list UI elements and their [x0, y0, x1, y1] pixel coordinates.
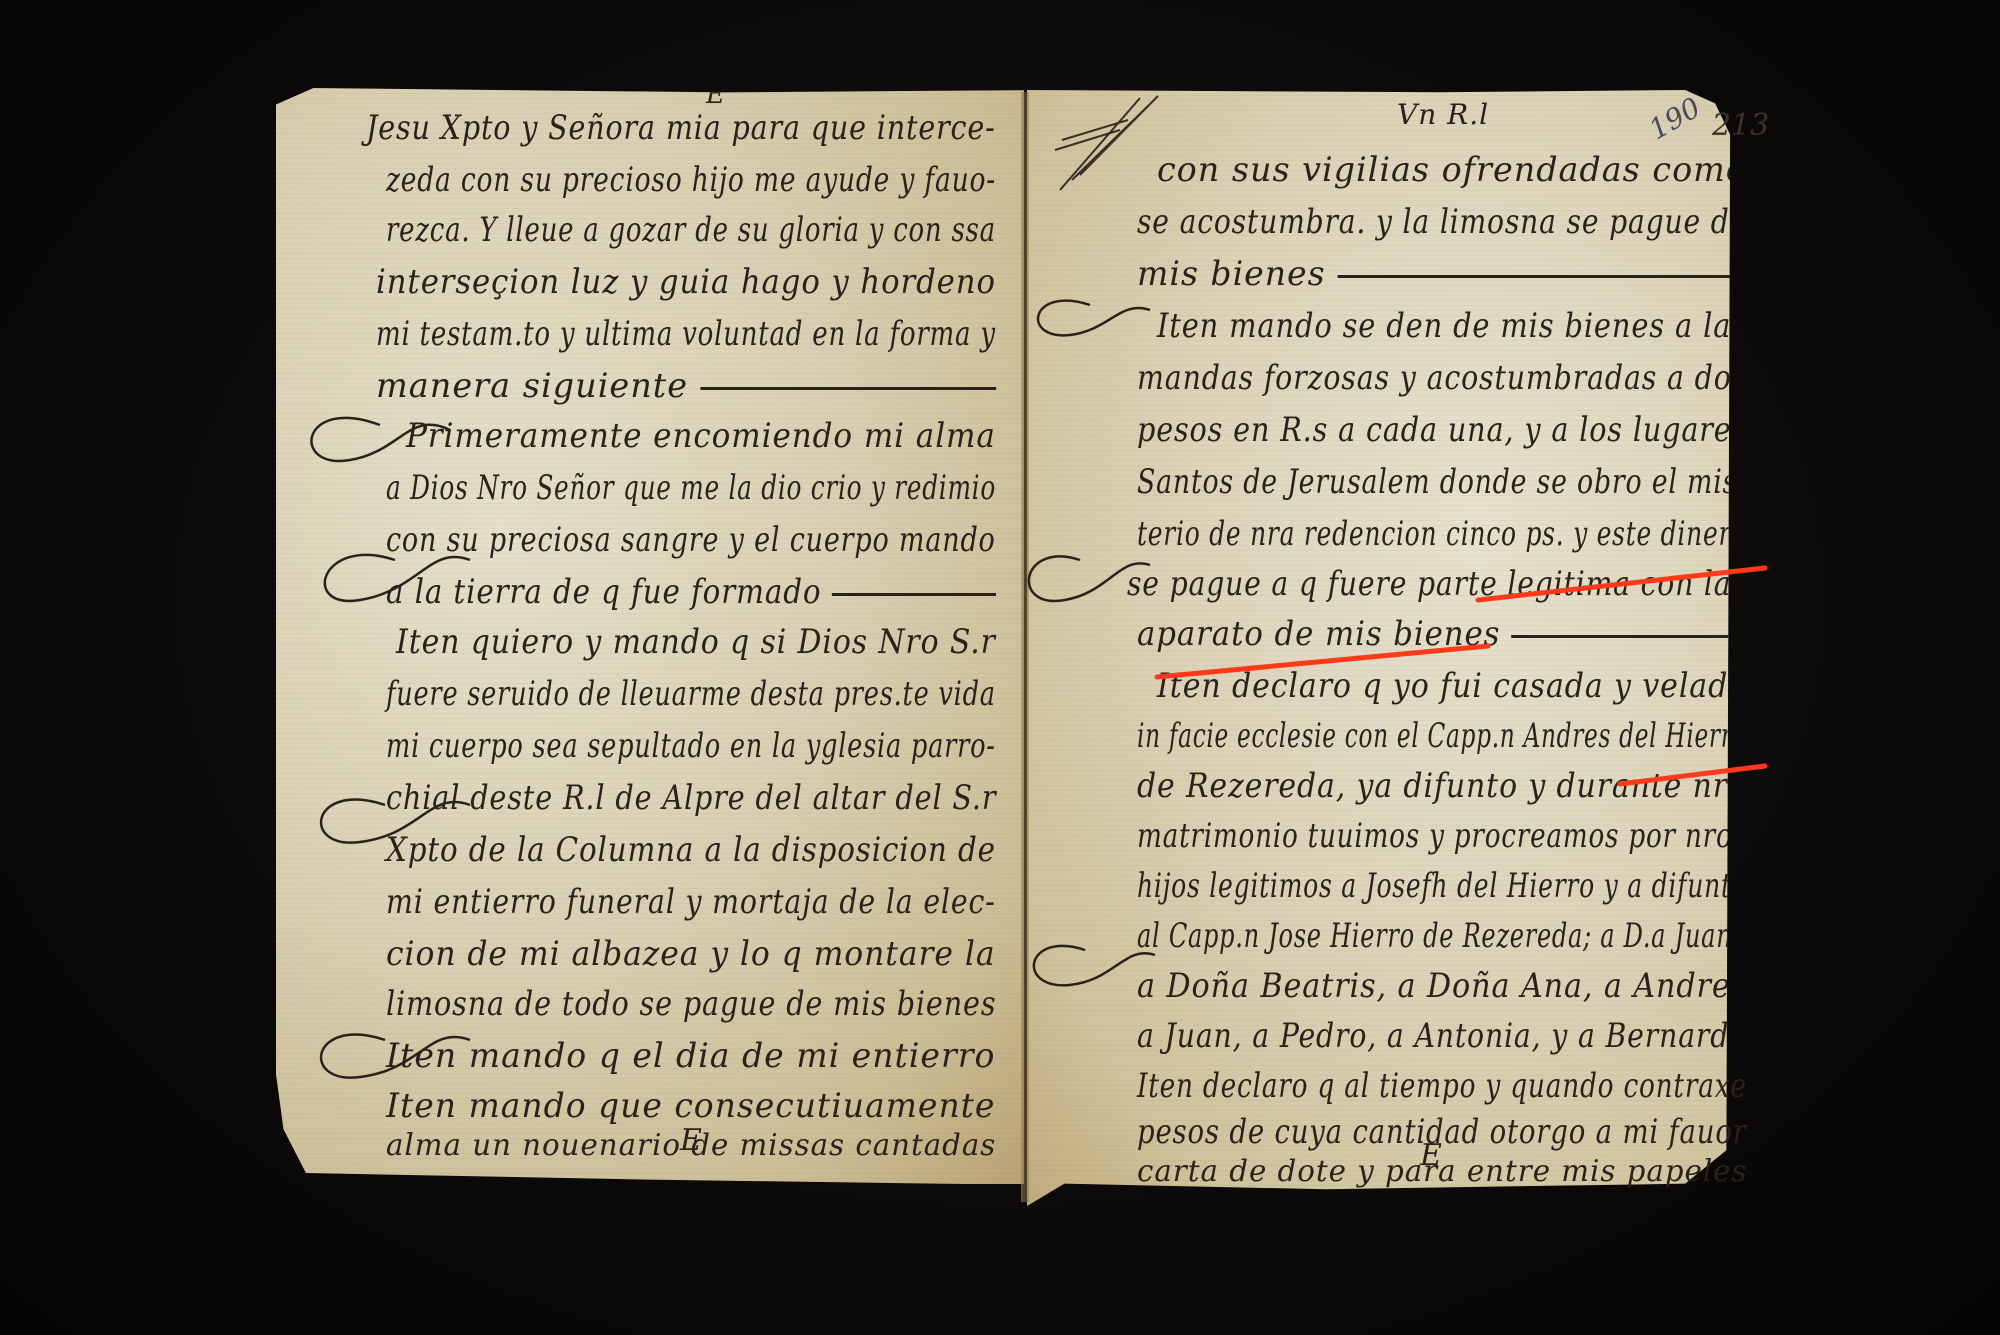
folio-number-ink: 213 [1712, 108, 1769, 143]
text-line: a Dios Nro Señor que me la dio crio y re… [386, 468, 996, 508]
text-line: hijos legitimos a Josefh del Hierro y a … [1137, 866, 1748, 906]
text-line: zeda con su precioso hijo me ayude y fau… [386, 160, 996, 200]
text-line: pesos en R.s a cada una, y a los lugares [1137, 410, 1747, 450]
text-line: Iten declaro q yo fui casada y velada [1157, 666, 1747, 706]
text-line: se pague a q fuere parte legitima con la… [1127, 564, 1747, 604]
text-line: Primeramente encomiendo mi alma [406, 416, 996, 456]
text-line: manera siguiente [376, 366, 996, 406]
text-line: rezca. Y lleue a gozar de su gloria y co… [386, 210, 996, 250]
text-line: Iten mando se den de mis bienes a las [1157, 306, 1747, 346]
text-line: con su preciosa sangre y el cuerpo mando [386, 520, 996, 560]
text-line: a Juan, a Pedro, a Antonia, y a Bernarda [1137, 1016, 1747, 1056]
text-line: a la tierra de q fue formado [386, 572, 996, 612]
text-line: Iten quiero y mando q si Dios Nro S.r [396, 622, 996, 662]
text-line: a Doña Beatris, a Doña Ana, a Andres [1137, 966, 1747, 1006]
text-line: mi cuerpo sea sepultado en la yglesia pa… [386, 726, 996, 766]
text-line: Santos de Jerusalem donde se obro el mis… [1137, 462, 1747, 502]
text-line: mandas forzosas y acostumbradas a dos [1137, 358, 1747, 398]
book-spine-fold [1021, 92, 1029, 1202]
text-line: Jesu Xpto y Señora mia para que interce- [366, 108, 996, 148]
text-line: fuere seruido de lleuarme desta pres.te … [386, 674, 996, 714]
text-line: con sus vigilias ofrendadas como [1157, 150, 1747, 190]
text-line: aparato de mis bienes [1137, 614, 1747, 654]
text-line: mis bienes [1137, 254, 1746, 294]
text-line: interseçion luz y guia hago y hordeno [376, 262, 996, 302]
right-page: Vn R.l con sus vigilias ofrendadas como … [1027, 90, 1775, 1206]
text-line: chial deste R.l de Alpre del altar del S… [386, 778, 996, 818]
left-page: E Jesu Xpto y Señora mia para que interc… [276, 88, 1024, 1184]
header-note: Vn R.l [1397, 98, 1489, 131]
text-line: limosna de todo se pague de mis bienes [386, 984, 996, 1024]
text-line: terio de nra redencion cinco ps. y este … [1137, 514, 1747, 554]
text-line: de Rezereda, ya difunto y durante nro [1137, 766, 1747, 806]
text-line: mi testam.to y ultima voluntad en la for… [376, 314, 996, 354]
text-line: matrimonio tuuimos y procreamos por nros [1137, 816, 1747, 856]
text-line: Xpto de la Columna a la disposicion de [386, 830, 996, 870]
text-line: al Capp.n Jose Hierro de Rezereda; a D.a… [1137, 916, 1748, 956]
text-line: se acostumbra. y la limosna se pague de [1137, 202, 1747, 242]
text-line: mi entierro funeral y mortaja de la elec… [386, 882, 996, 922]
text-line: cion de mi albazea y lo q montare la [386, 934, 995, 974]
text-line: in facie ecclesie con el Capp.n Andres d… [1137, 716, 1747, 756]
